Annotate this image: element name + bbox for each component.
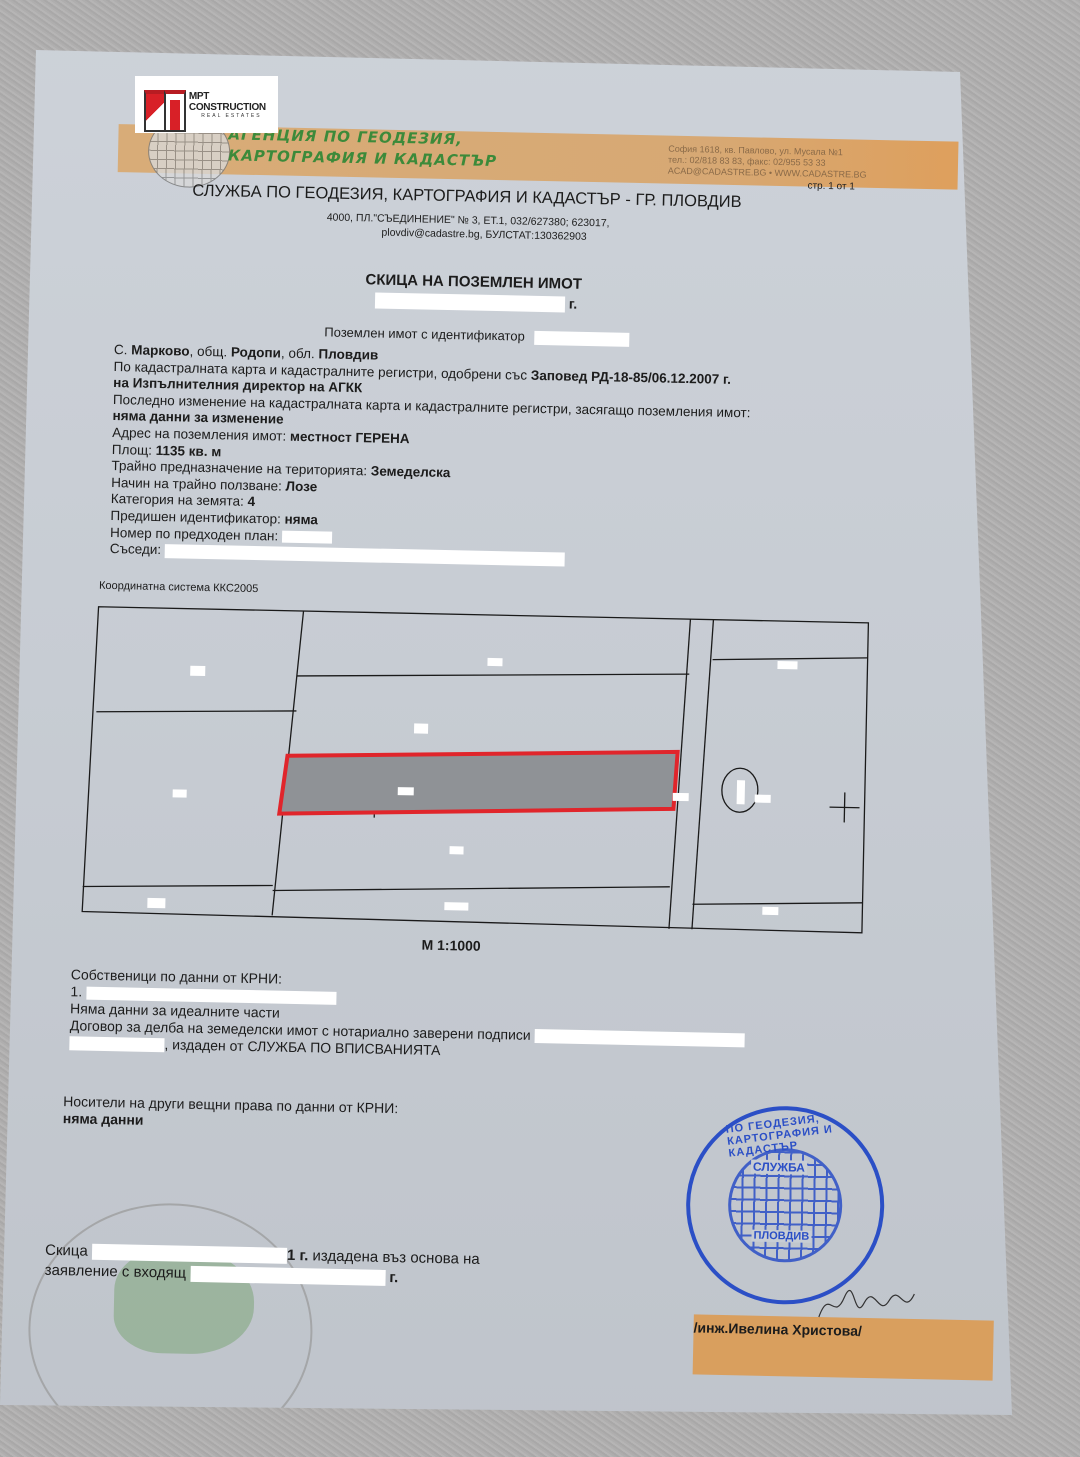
redacted-identifier xyxy=(534,330,629,346)
redacted-number xyxy=(375,293,565,313)
map-scale: М 1:1000 xyxy=(421,937,480,954)
category-label: Категория на земята: xyxy=(111,491,244,509)
municipality: Родопи xyxy=(231,344,281,360)
logo-tagline: REAL ESTATES xyxy=(185,113,278,119)
official-stamp: ПО ГЕОДЕЗИЯ, КАРТОГРАФИЯ И КАДАСТЪР СЛУЖ… xyxy=(684,1104,886,1306)
area-label: Площ: xyxy=(112,442,152,458)
identifier-line: Поземлен имот с идентификатор xyxy=(324,324,629,346)
office-name: СЛУЖБА ПО ГЕОДЕЗИЯ, КАРТОГРАФИЯ И КАДАСТ… xyxy=(192,182,742,213)
usage-value: Лозе xyxy=(285,478,317,494)
last-change-value-text: няма данни за изменение xyxy=(112,408,283,427)
document-page: АГЕНЦИЯ ПО ГЕОДЕЗИЯ, КАРТОГРАФИЯ И КАДАС… xyxy=(0,60,980,1440)
usage-label: Начин на трайно ползване: xyxy=(111,475,282,494)
prev-id-label: Предишен идентификатор: xyxy=(110,508,281,527)
issuance-date-suffix: 1 г. xyxy=(287,1247,309,1264)
document-title: СКИЦА НА ПОЗЕМЛЕН ИМОТ xyxy=(365,271,582,293)
owner-index: 1. xyxy=(70,983,82,999)
page-indicator: стр. 1 от 1 xyxy=(807,181,855,193)
agency-contact: София 1618, кв. Павлово, ул. Мусала №1 т… xyxy=(668,144,867,181)
other-rights-value-text: няма данни xyxy=(63,1110,144,1128)
region-label: , обл. xyxy=(281,346,315,362)
stamp-center-bottom: ПЛОВДИВ xyxy=(751,1230,811,1243)
issuance-line2-prefix: заявление с входящ xyxy=(44,1262,186,1282)
cadastral-map xyxy=(72,596,879,943)
other-rights-section: Носители на други вещни права по данни о… xyxy=(63,1093,399,1134)
highlighted-parcel xyxy=(279,744,677,822)
redacted-deed-date xyxy=(69,1037,164,1053)
stamp-center-top: СЛУЖБА xyxy=(751,1160,807,1175)
region: Пловдив xyxy=(318,346,378,362)
redacted-prev-plan xyxy=(282,531,332,544)
prev-plan-label: Номер по предходен план: xyxy=(110,525,278,544)
municipality-label: , общ. xyxy=(189,344,227,360)
coordinate-system: Координатна система ККС2005 xyxy=(99,580,259,595)
document-paper: АГЕНЦИЯ ПО ГЕОДЕЗИЯ, КАРТОГРАФИЯ И КАДАС… xyxy=(0,0,1080,1457)
order: Заповед РД-18-85/06.12.2007 г. xyxy=(531,367,731,386)
address-label: Адрес на поземления имот: xyxy=(112,425,286,444)
category-value: 4 xyxy=(247,494,255,509)
issuance-text: издадена въз основа на xyxy=(312,1247,480,1267)
redacted-application-number xyxy=(190,1266,385,1286)
issuance-prefix: Скица xyxy=(45,1242,88,1260)
mpt-construction-logo: MPT CONSTRUCTION REAL ESTATES xyxy=(135,76,278,133)
identifier-label: Поземлен имот с идентификатор xyxy=(324,324,525,343)
redacted-issuance-number xyxy=(92,1244,287,1264)
area-value: 1135 кв. м xyxy=(156,442,222,458)
property-details: С. Марково, общ. Родопи, обл. Пловдив По… xyxy=(110,342,752,571)
prev-id-value: няма xyxy=(284,512,318,528)
office-contacts: plovdiv@cadastre.bg, БУЛСТАТ:130362903 xyxy=(381,227,586,243)
location-prefix: С. xyxy=(114,342,128,357)
purpose-value: Земеделска xyxy=(371,464,451,481)
logo-brand: MPT CONSTRUCTION xyxy=(189,91,278,113)
owners-section: Собственици по данни от КРНИ: 1. Няма да… xyxy=(69,966,746,1065)
village: Марково xyxy=(131,342,190,358)
address-value: местност ГЕРЕНА xyxy=(290,429,410,447)
mpt-logo-mark-icon xyxy=(140,82,185,128)
issuance-line2-suffix: г. xyxy=(389,1269,398,1286)
neighbors-label: Съседи: xyxy=(110,541,162,557)
office-address: 4000, ПЛ."СЪЕДИНЕНИЕ" № 3, ЕТ.1, 032/627… xyxy=(327,211,610,229)
number-suffix: г. xyxy=(569,296,578,312)
watermark-text: ЕМ ПИ ТИ xyxy=(119,1402,234,1430)
document-number: г. xyxy=(375,291,578,313)
